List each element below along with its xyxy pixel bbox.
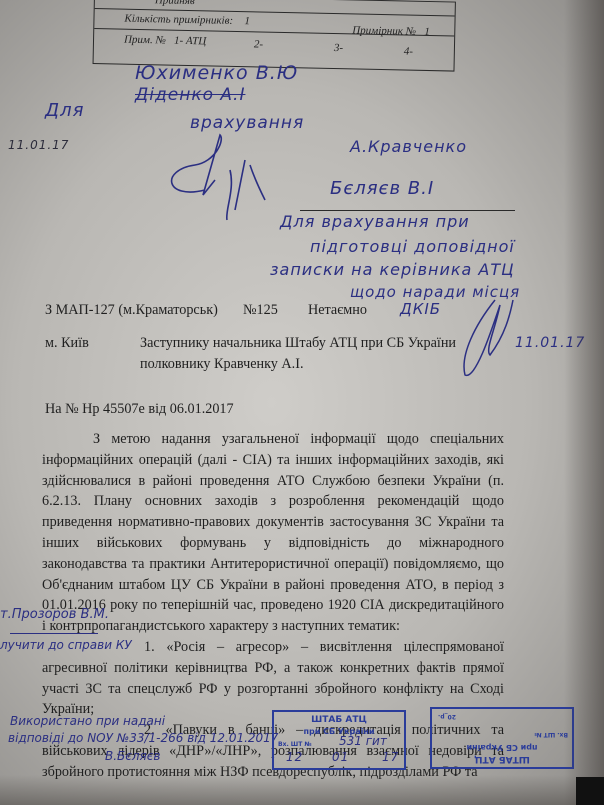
photo-shadow [564,0,604,805]
inverted-stamp-subtitle: при СБ України [432,743,572,752]
prim-2: 2- [254,38,263,50]
photo-shadow-bottom [0,775,604,805]
received-label: Прийняв [155,0,195,7]
margin-note-name: т.Прозоров В.М. [0,607,109,622]
handwritten-name-yukhymenko: Юхименко В.Ю [135,62,298,84]
usage-note-line2: відповіді до NОУ №33/1-266 від 12.01.201… [8,731,278,745]
handwritten-date: 11.01.17 [8,138,69,152]
divider [300,210,515,211]
reference: На № Нр 45507е від 06.01.2017 [45,399,234,419]
margin-note-action: лучити до справи КУ [0,638,132,652]
usage-note-line1: Використано при надані [10,714,165,728]
usage-note-signer: В.Бєляєв [105,749,160,763]
distribution-form-table: Прийняв Кількість примірників: 1 Примірн… [93,0,456,72]
photo-corner [576,777,604,805]
inverted-stamp-title: ШТАБ АТЦ [432,754,572,764]
scanned-document: Прийняв Кількість примірників: 1 Примірн… [0,0,604,805]
margin-underline [10,633,98,634]
addressee-line2: полковнику Кравченку А.І. [140,354,304,374]
handwritten-note-tag: ДКІБ [400,300,441,318]
handwritten-signer: А.Кравченко [350,137,467,156]
prim-4: 4- [404,46,413,58]
sender: З МАП-127 (м.Краматорськ) [45,300,218,320]
handwritten-name-belyaev: Бєляєв В.І [330,178,434,199]
handwritten-note-line3: записки на керівника АТЦ [270,260,515,279]
prim-label: Прим. № [124,34,166,47]
paragraph-intro: З метою надання узагальненої інформації … [42,429,504,637]
handwritten-for: Для [45,100,84,121]
handwritten-note-line1: Для врахування при [280,212,470,231]
copies-value: 1 [244,15,250,27]
city: м. Київ [45,333,89,353]
inverted-stamp-in-label: Вх. ШТ № [534,731,568,738]
stamp-year: 17 [382,750,399,764]
registration-stamp: ШТАБ АТЦ при СБ України Вх. ШТ № 531 гит… [272,710,406,770]
stamp-in-number: 531 гит [339,734,387,748]
handwritten-name-struck: Діденко А.І [135,85,245,105]
document-number: №125 [243,300,278,320]
stamp-in-label: Вх. ШТ № [278,741,312,748]
stamp-day: 12 [286,750,303,764]
copies-label: Кількість примірників: [124,13,233,27]
classification: Нетаємно [308,300,367,320]
prim-3: 3- [334,42,343,54]
inverted-stamp: ШТАБ АТЦ при СБ України Вх. ШТ № 20_р. [430,707,574,769]
signature-icon [155,130,285,225]
addressee-line1: Заступнику начальника Штабу АТЦ при СБ У… [140,333,456,353]
prim-1: 1- АТЦ [174,35,207,48]
handwritten-note-line2: підготовці доповідної [310,237,515,256]
stamp-month: 01 [332,750,349,764]
stamp-title: ШТАБ АТЦ [274,715,404,725]
inverted-stamp-date-label: 20_р. [438,713,456,720]
